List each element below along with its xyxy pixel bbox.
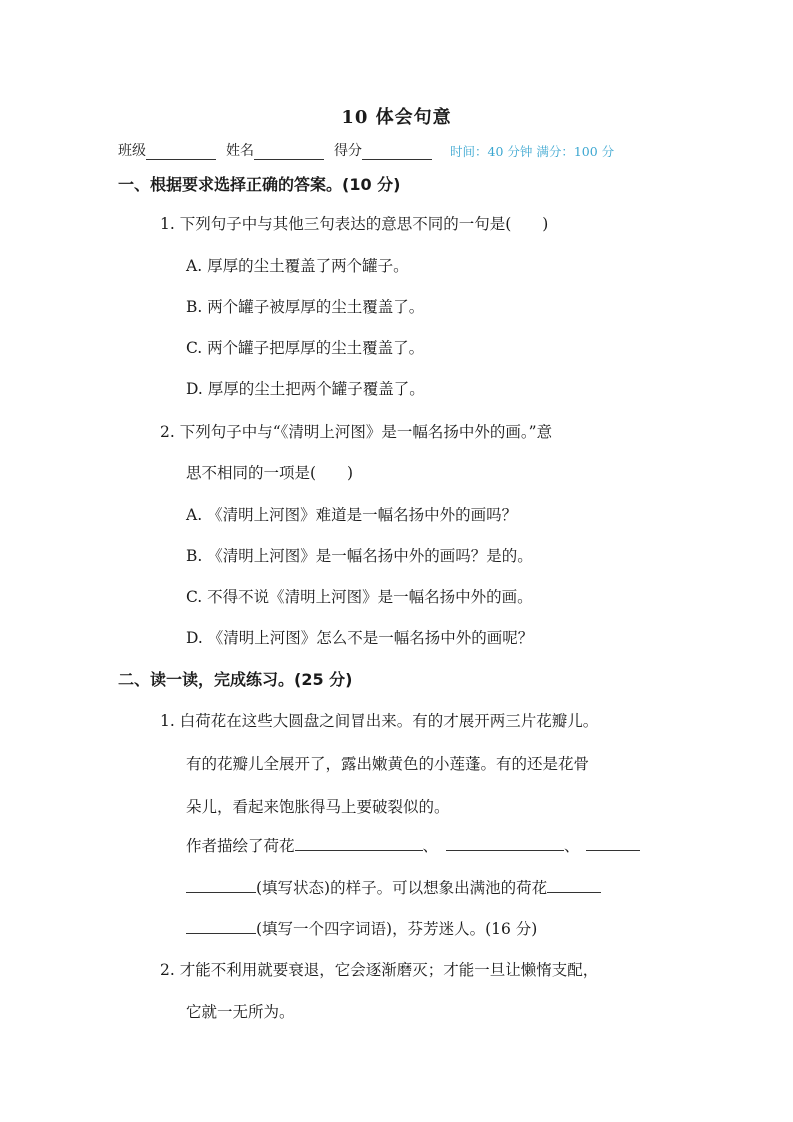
option-text: 《清明上河图》是一幅名扬中外的画吗？是的。	[207, 547, 533, 565]
name-label: 姓名	[226, 140, 254, 160]
fill-line-3: (填写一个四字词语)，芬芳迷人。(16 分)	[186, 917, 537, 939]
passage-text: 白荷花在这些大圆盘之间冒出来。有的才展开两三片花瓣儿。	[180, 712, 599, 730]
option-key: C.	[186, 588, 202, 606]
question-2-2-passage-line-1: 2. 才能不利用就要衰退，它会逐渐磨灭；才能一旦让懒惰支配，	[160, 958, 598, 980]
question-number: 1.	[160, 215, 175, 233]
option-a[interactable]: A. 厚厚的尘土覆盖了两个罐子。	[186, 254, 409, 276]
option-b[interactable]: B. 《清明上河图》是一幅名扬中外的画吗？是的。	[186, 544, 533, 566]
class-field[interactable]	[146, 145, 216, 160]
separator: 、	[423, 837, 439, 855]
option-key: A.	[186, 506, 202, 524]
option-text: 《清明上河图》怎么不是一幅名扬中外的画呢？	[208, 629, 534, 647]
option-key: D.	[186, 629, 203, 647]
answer-blank-4[interactable]	[547, 878, 601, 893]
passage-text: 才能不利用就要衰退，它会逐渐磨灭；才能一旦让懒惰支配，	[180, 961, 599, 979]
option-d[interactable]: D. 厚厚的尘土把两个罐子覆盖了。	[186, 377, 425, 399]
question-1-1: 1. 下列句子中与其他三句表达的意思不同的一句是( )	[160, 212, 548, 234]
worksheet-page: 10 体会句意 班级 姓名 得分 时间：40 分钟 满分：100 分 一、根据要…	[0, 0, 793, 1122]
option-key: B.	[186, 547, 202, 565]
section-2-heading: 二、读一读，完成练习。(25 分)	[118, 667, 352, 690]
option-key: C.	[186, 339, 202, 357]
question-number: 2.	[160, 961, 175, 979]
option-text: 厚厚的尘土把两个罐子覆盖了。	[208, 380, 425, 398]
score-label: 得分	[334, 140, 362, 160]
fill-line-1: 作者描绘了荷花、、	[186, 834, 640, 856]
option-text: 不得不说《清明上河图》是一幅名扬中外的画。	[207, 588, 533, 606]
option-d[interactable]: D. 《清明上河图》怎么不是一幅名扬中外的画呢？	[186, 626, 533, 648]
question-number: 1.	[160, 712, 175, 730]
option-text: 两个罐子被厚厚的尘土覆盖了。	[207, 298, 424, 316]
question-1-2: 2. 下列句子中与“《清明上河图》是一幅名扬中外的画。”意	[160, 420, 552, 442]
option-key: D.	[186, 380, 203, 398]
option-text: 两个罐子把厚厚的尘土覆盖了。	[207, 339, 424, 357]
fill-text: (填写一个四字词语)，芬芳迷人。(16 分)	[256, 920, 537, 938]
separator: 、	[564, 837, 580, 855]
class-label: 班级	[118, 140, 146, 160]
student-info-line: 班级 姓名 得分 时间：40 分钟 满分：100 分	[118, 138, 678, 160]
answer-blank-3-cont[interactable]	[186, 878, 256, 893]
answer-blank-1[interactable]	[295, 836, 423, 851]
option-text: 《清明上河图》难道是一幅名扬中外的画吗？	[207, 506, 517, 524]
question-stem-line-2: 思不相同的一项是( )	[186, 461, 353, 483]
question-number: 2.	[160, 423, 175, 441]
option-c[interactable]: C. 两个罐子把厚厚的尘土覆盖了。	[186, 336, 424, 358]
option-text: 厚厚的尘土覆盖了两个罐子。	[207, 257, 409, 275]
passage-line-2: 有的花瓣儿全展开了，露出嫩黄色的小莲蓬。有的还是花骨	[186, 752, 589, 774]
fill-prefix: 作者描绘了荷花	[186, 837, 295, 855]
answer-blank-4-cont[interactable]	[186, 919, 256, 934]
answer-blank-3[interactable]	[586, 836, 640, 851]
time-and-score-info: 时间：40 分钟 满分：100 分	[450, 142, 614, 160]
fill-text: (填写状态)的样子。可以想象出满池的荷花	[256, 879, 547, 897]
option-key: A.	[186, 257, 202, 275]
question-2-1-passage-line-1: 1. 白荷花在这些大圆盘之间冒出来。有的才展开两三片花瓣儿。	[160, 709, 598, 731]
passage-line-3: 朵儿，看起来饱胀得马上要破裂似的。	[186, 795, 450, 817]
option-a[interactable]: A. 《清明上河图》难道是一幅名扬中外的画吗？	[186, 503, 517, 525]
page-title: 10 体会句意	[0, 103, 793, 129]
option-b[interactable]: B. 两个罐子被厚厚的尘土覆盖了。	[186, 295, 424, 317]
passage-line-2: 它就一无所为。	[186, 1000, 295, 1022]
question-stem-line-1: 下列句子中与“《清明上河图》是一幅名扬中外的画。”意	[180, 423, 552, 441]
question-stem: 下列句子中与其他三句表达的意思不同的一句是( )	[180, 215, 549, 233]
answer-blank-2[interactable]	[446, 836, 564, 851]
name-field[interactable]	[254, 145, 324, 160]
option-c[interactable]: C. 不得不说《清明上河图》是一幅名扬中外的画。	[186, 585, 533, 607]
score-field[interactable]	[362, 145, 432, 160]
fill-line-2: (填写状态)的样子。可以想象出满池的荷花	[186, 876, 601, 898]
option-key: B.	[186, 298, 202, 316]
section-1-heading: 一、根据要求选择正确的答案。(10 分)	[118, 172, 400, 195]
